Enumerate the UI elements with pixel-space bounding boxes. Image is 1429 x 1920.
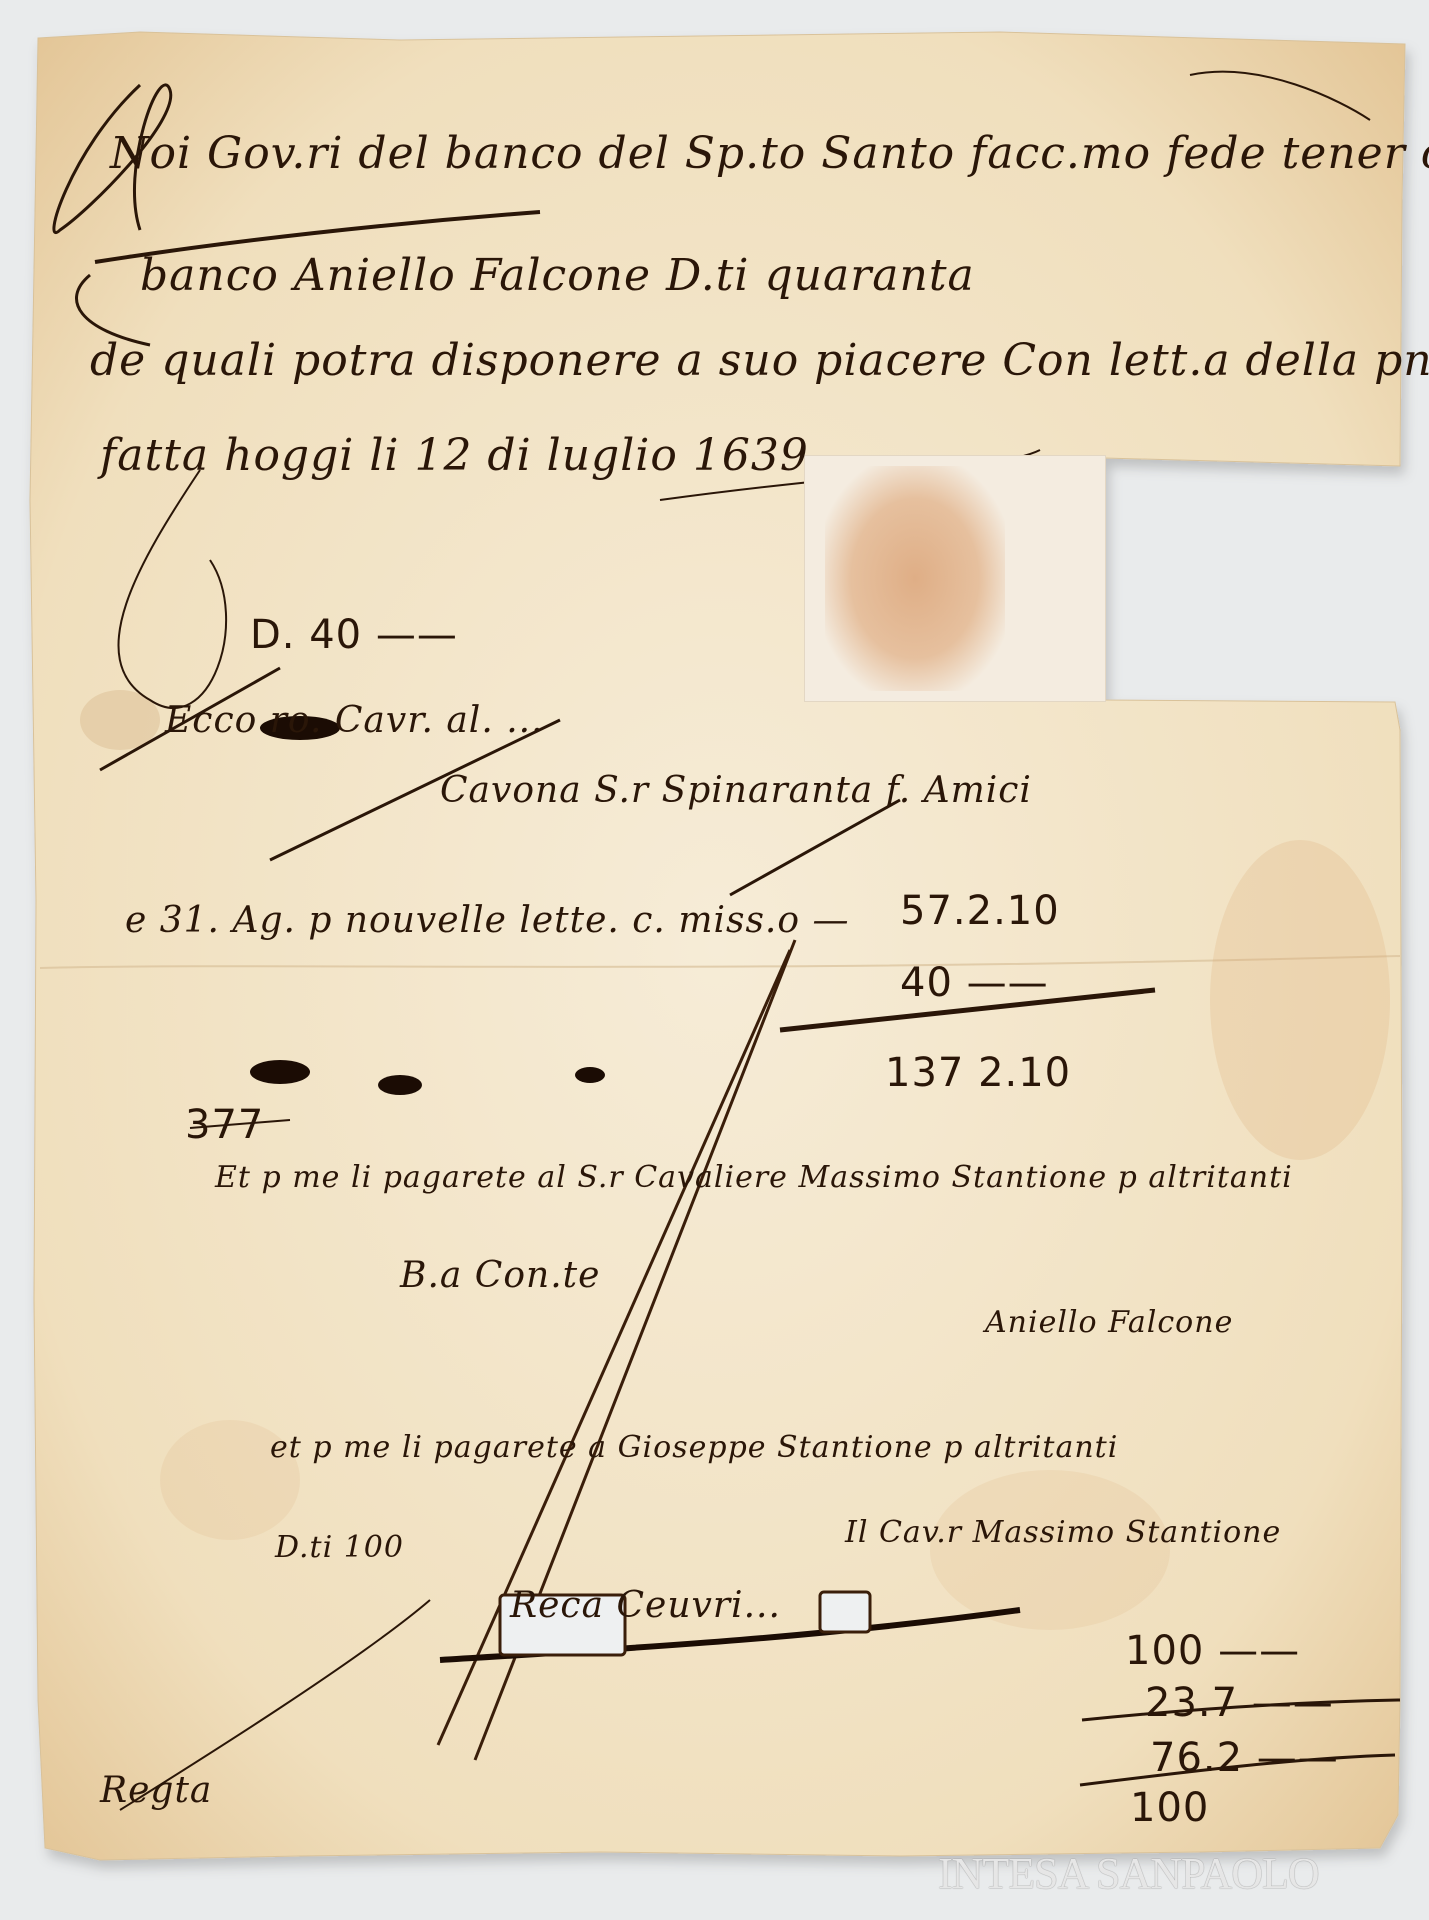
- bottom-sum-4: 100: [1130, 1785, 1209, 1831]
- document-viewer: Noi Gov.ri del banco del Sp.to Santo fac…: [0, 0, 1429, 1920]
- signature-2-name: Il Cav.r Massimo Stantione: [845, 1515, 1281, 1550]
- margin-total: 377: [185, 1102, 264, 1148]
- payment-order-2: et p me li pagarete a Gioseppe Stantione…: [270, 1430, 1118, 1465]
- amount-note: D. 40 ——: [250, 612, 458, 658]
- bottom-sum-2: 23.7 ——: [1145, 1680, 1334, 1726]
- paper-repair-patch: [805, 456, 1105, 701]
- stain: [825, 466, 1005, 691]
- endorsement-line-2: Cavona S.r Spinaranta f. Amici: [440, 770, 1032, 811]
- calc-value-total: 137 2.10: [885, 1050, 1071, 1096]
- amount-2: D.ti 100: [275, 1530, 404, 1565]
- payment-order-1: Et p me li pagarete al S.r Cavaliere Mas…: [215, 1160, 1293, 1195]
- header-line-1: Noi Gov.ri del banco del Sp.to Santo fac…: [110, 128, 1429, 179]
- header-line-3: de quali potra disponere a suo piacere C…: [90, 335, 1429, 386]
- watermark-text: INTESA SANPAOLO: [938, 1848, 1319, 1899]
- signature-1-initials: B.a Con.te: [400, 1255, 600, 1296]
- header-line-4: fatta hoggi li 12 di luglio 1639: [100, 430, 809, 481]
- bottom-left-mark: Regta: [100, 1770, 212, 1811]
- intesa-sanpaolo-watermark: INTESA SANPAOLO: [938, 1848, 1319, 1899]
- bottom-sum-1: 100 ——: [1125, 1628, 1300, 1674]
- calculation-line: e 31. Ag. p nouvelle lette. c. miss.o —: [125, 900, 849, 941]
- bottom-sum-3: 76.2 ——: [1150, 1735, 1339, 1781]
- damaged-text: Reca Ceuvri...: [510, 1585, 781, 1626]
- signature-1-name: Aniello Falcone: [985, 1305, 1233, 1340]
- endorsement-line-1: Ecco ro. Cavr. al. ...: [165, 700, 544, 741]
- calc-value-2: 40 ——: [900, 960, 1049, 1006]
- header-line-2: banco Aniello Falcone D.ti quaranta: [140, 250, 975, 301]
- calc-value-1: 57.2.10: [900, 888, 1060, 934]
